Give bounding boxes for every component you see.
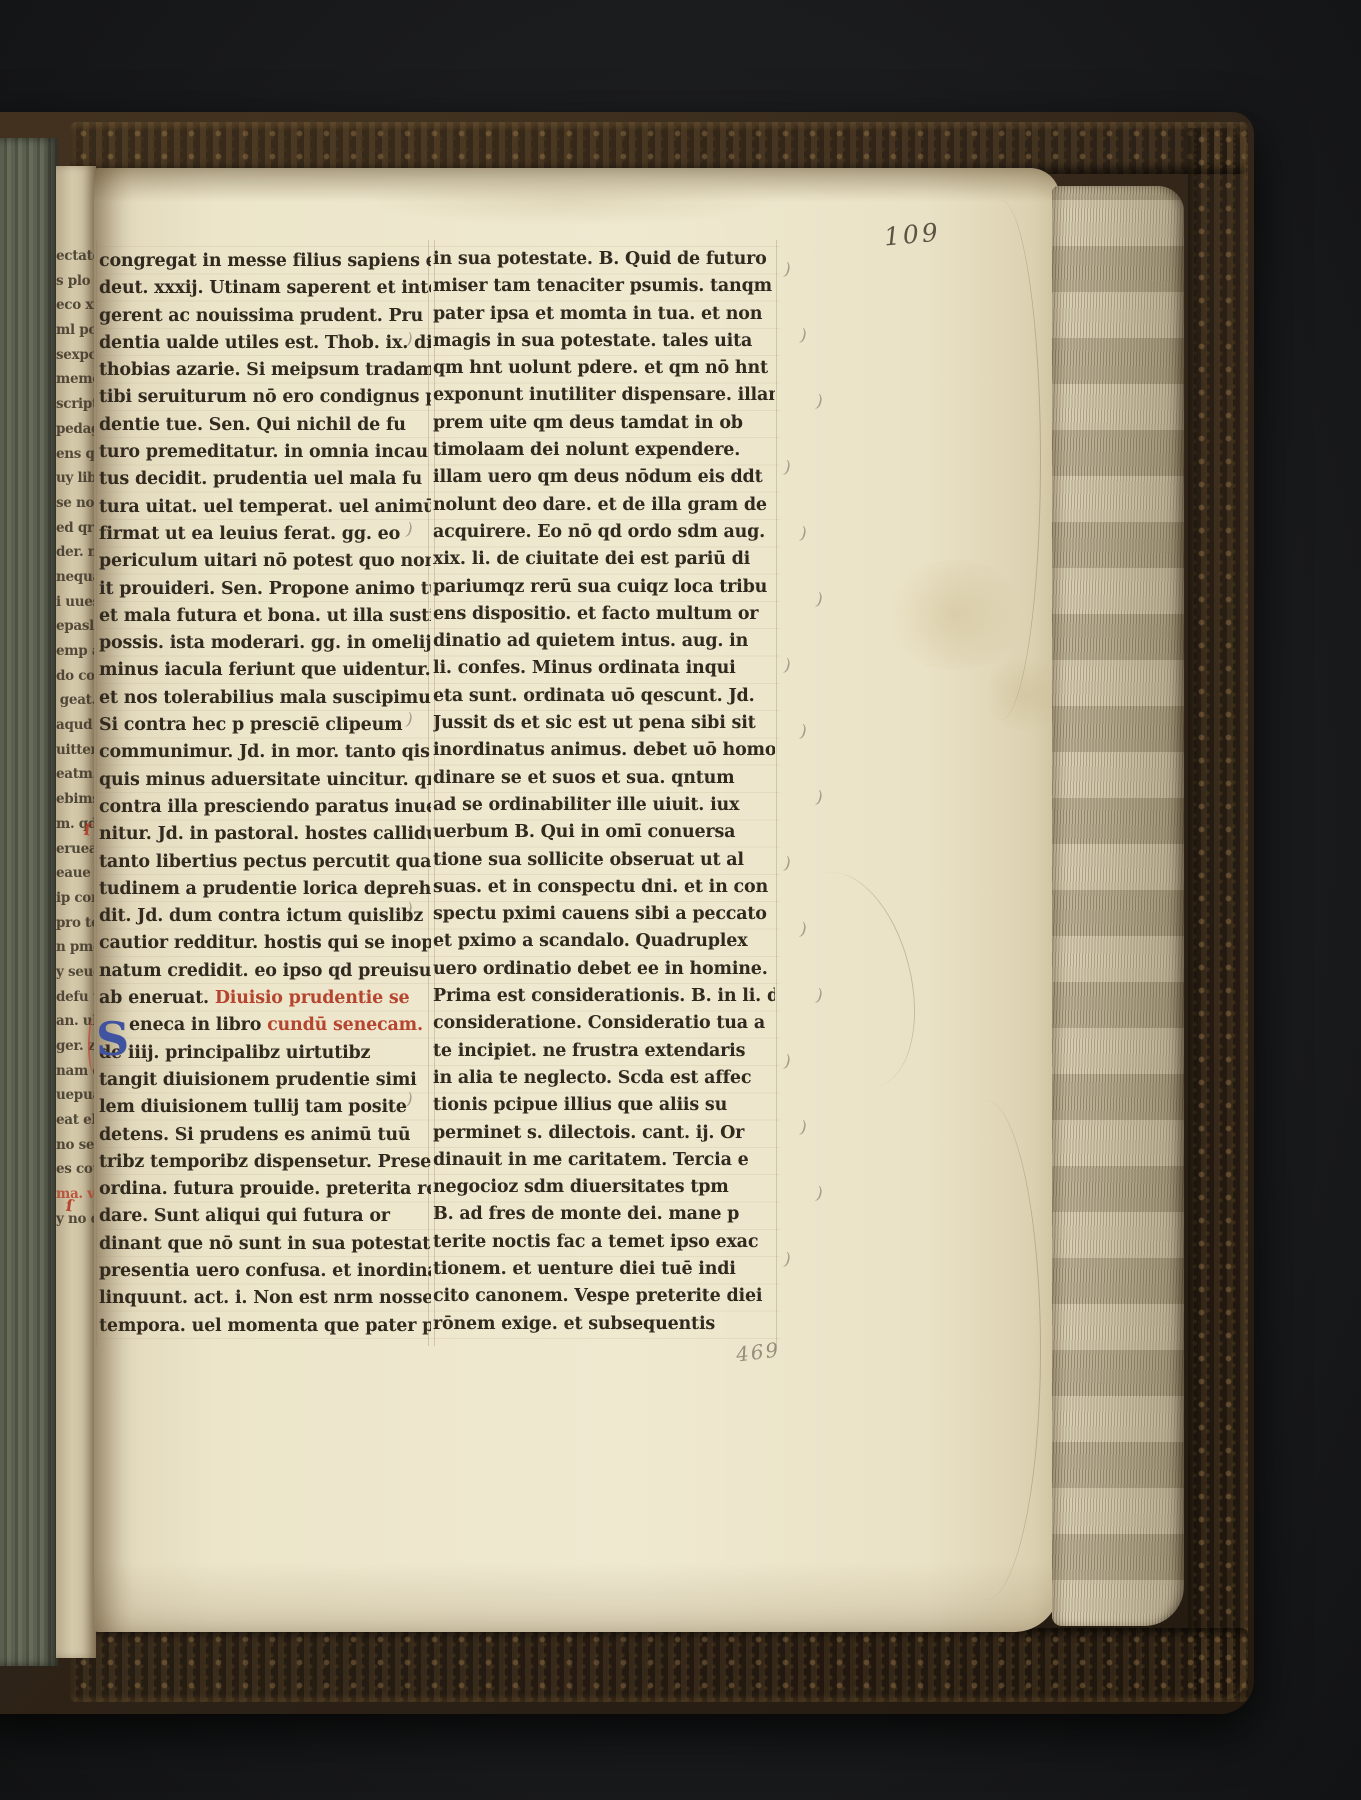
text-line: pariumqz rerū sua cuiqz loca tribu [433,574,775,601]
clipped-text-fragment: eaue uo [56,861,96,886]
text-line: eneca in libro cundū senecam. [99,1012,431,1039]
text-line: qm hnt uolunt pdere. et qm nō hnt [433,355,775,382]
clipped-text-fragment: n pmo [56,935,96,960]
rubric-text: Diuisio prudentie se [215,988,410,1008]
tooled-leather-bottom-border [70,1628,1248,1702]
text-line: et mala futura et bona. ut illa sustiner… [99,603,431,630]
text-segment: ab eneruat. [99,988,215,1008]
folio-number: 109 [883,218,942,252]
clipped-text-fragment: y no q [56,1207,96,1232]
text-column-right: in sua potestate. B. Quid de futuromiser… [433,246,775,1344]
text-line: cito canonem. Vespe preterite diei [433,1283,775,1310]
text-line: cautior redditur. hostis qui se inopi [99,930,431,957]
clipped-text-fragment: uepua [56,1083,96,1108]
text-line: B. ad fres de monte dei. mane p [433,1201,775,1228]
text-line: dit. Jd. dum contra ictum quislibz [99,903,431,930]
text-line: firmat ut ea leuius ferat. gg. eo [99,521,431,548]
clipped-text-fragment: ip confu [56,886,96,911]
text-line: tionem. et uenture diei tuē indi [433,1256,775,1283]
text-line: Prima est considerationis. B. in li. de [433,983,775,1010]
text-line: communimur. Jd. in mor. tanto qis [99,739,431,766]
text-line: exponunt inutiliter dispensare. illam [433,382,775,409]
text-line: tempora. uel momenta que pater posuit [99,1313,431,1340]
tooled-leather-top-border [70,122,1248,174]
text-line: li. confes. Minus ordinata inqui [433,655,775,682]
clipped-text-fragment: der. m [56,540,96,565]
clipped-text-fragment: ma. vy [56,1182,96,1207]
clipped-text-fragment: es cou [56,1157,96,1182]
text-line: detens. Si prudens es animū tuū [99,1122,431,1149]
text-line: pater ipsa et momta in tua. et non [433,301,775,328]
text-line: te incipiet. ne frustra extendaris [433,1038,775,1065]
text-line: tudinem a prudentie lorica deprehen [99,876,431,903]
text-line: presentia uero confusa. et inordinata re [99,1258,431,1285]
decorated-initial: S [96,1016,129,1062]
text-line: inordinatus animus. debet uō homo or [433,737,775,764]
page-crease [960,200,1041,720]
text-line: ab eneruat. Diuisio prudentie se [99,985,431,1012]
text-line: possis. ista moderari. gg. in omelijs. [99,630,431,657]
text-line: terite noctis fac a temet ipso exac [433,1229,775,1256]
tooled-leather-right-border [1188,128,1248,1700]
text-line: dinant que nō sunt in sua potestate [99,1231,431,1258]
clipped-text-fragment: ml ponit [56,318,96,343]
text-line: eta sunt. ordinata uō qescunt. Jd. [433,683,775,710]
text-line: contra illa presciendo paratus inue [99,794,431,821]
clipped-text-fragment: memoni [56,367,96,392]
text-line: deut. xxxij. Utinam saperent et intelli [99,275,431,302]
clipped-text-fragment: uittendi [56,738,96,763]
text-line: tribz temporibz dispensetur. Presentia [99,1149,431,1176]
clipped-text-fragment: sexpo si [56,343,96,368]
text-line: de iiij. principalibz uirtutibz [99,1040,431,1067]
text-line: dare. Sunt aliqui qui futura or [99,1203,431,1230]
clipped-text-fragment: ed qrtm [56,516,96,541]
manuscript-photo: ectates.s plo meco xxxtml ponitsexpo sim… [0,0,1361,1800]
text-line: Si contra hec p presciē clipeum [99,712,431,739]
text-line: dinare se et suos et sua. qntum [433,765,775,792]
text-line: in sua potestate. B. Quid de futuro [433,246,775,273]
text-line: spectu pximi cauens sibi a peccato [433,901,775,928]
text-line: it prouideri. Sen. Propone animo tuo [99,576,431,603]
clipped-text-fragment: pro tom [56,911,96,936]
text-line: tura uitat. uel temperat. uel animū [99,494,431,521]
text-line: timolaam dei nolunt expendere. [433,437,775,464]
text-line: perminet s. dilectois. cant. ij. Or [433,1120,775,1147]
text-line: tanto libertius pectus percutit quanto [99,849,431,876]
text-line: dentie tue. Sen. Qui nichil de fu [99,412,431,439]
clipped-text-fragment: s plo m [56,269,96,294]
text-line: et nos tolerabilius mala suscipimus. [99,685,431,712]
clipped-text-fragment: do cond [56,664,96,689]
rubric-text: cundū senecam. [267,1015,423,1035]
clipped-text-fragment: eat ele [56,1108,96,1133]
clipped-text-fragment: ens quam [56,442,96,467]
ruling-vertical [776,240,777,1346]
text-line: dinauit in me caritatem. Tercia e [433,1147,775,1174]
text-line: prem uite qm deus tamdat in ob [433,410,775,437]
clipped-text-fragment: ebims eo [56,787,96,812]
text-line: lem diuisionem tullij tam posite [99,1094,431,1121]
clipped-text-fragment: nequa d [56,565,96,590]
text-segment: eneca in libro [129,1015,267,1035]
previous-page-sliver: ectates.s plo meco xxxtml ponitsexpo sim… [56,166,96,1658]
clipped-text-fragment: eatm. z [56,762,96,787]
clipped-text-fragment: no seph [56,1133,96,1158]
text-line: negocioz sdm diuersitates tpm [433,1174,775,1201]
fore-edge-page-stack [1052,186,1184,1626]
text-line: tus decidit. prudentia uel mala fu [99,466,431,493]
clipped-text-fragment: pedagogi [56,417,96,442]
previous-page-fragments: ectates.s plo meco xxxtml ponitsexpo sim… [56,166,96,1232]
text-line: tangit diuisionem prudentie simi [99,1067,431,1094]
text-line: xix. li. de ciuitate dei est pariū di [433,546,775,573]
text-line: dentia ualde utiles est. Thob. ix. dicit [99,330,431,357]
text-line: acquirere. Eo nō qd ordo sdm aug. [433,519,775,546]
text-line: ens dispositio. et facto multum or [433,601,775,628]
text-line: uero ordinatio debet ee in homine. [433,956,775,983]
text-line: consideratione. Consideratio tua a [433,1010,775,1037]
text-line: ad se ordinabiliter ille uiuit. iux [433,792,775,819]
text-line: suas. et in conspectu dni. et in con [433,874,775,901]
text-column-left: congregat in messe filius sapiens est.de… [99,248,431,1346]
text-line: tionis pcipue illius que aliis su [433,1092,775,1119]
clipped-text-fragment: epasla d [56,614,96,639]
clipped-text-fragment: y seueds [56,960,96,985]
clipped-text-fragment: aqud m [56,713,96,738]
text-line: ordina. futura prouide. preterita recor [99,1176,431,1203]
clipped-text-fragment: se no po [56,491,96,516]
text-line: congregat in messe filius sapiens est. [99,248,431,275]
clipped-text-fragment: ectates. [56,244,96,269]
text-line: magis in sua potestate. tales uita [433,328,775,355]
cloth-spine-edge [0,138,58,1666]
text-line: et pximo a scandalo. Quadruplex [433,928,775,955]
text-line: Jussit ds et sic est ut pena sibi sit [433,710,775,737]
text-line: minus iacula feriunt que uidentur. [99,657,431,684]
text-line: illam uero qm deus nōdum eis ddt [433,464,775,491]
ruling-vertical [96,240,97,1346]
text-line: nitur. Jd. in pastoral. hostes callidus [99,821,431,848]
initial-penwork-flourish [88,1018,98,1072]
text-line: periculum uitari nō potest quo non potu [99,548,431,575]
clipped-text-fragment: uy libro [56,466,96,491]
text-line: gerent ac nouissima prudent. Pru [99,303,431,330]
text-line: linquunt. act. i. Non est nrm nosse [99,1285,431,1312]
text-line: in alia te neglecto. Scda est affec [433,1065,775,1092]
clipped-text-fragment: emp alln [56,639,96,664]
clipped-text-fragment: i uuesa [56,590,96,615]
text-line: quis minus aduersitate uincitur. qm [99,767,431,794]
text-line: tione sua sollicite obseruat ut al [433,847,775,874]
text-line: tibi seruiturum nō ero condignus pui [99,384,431,411]
clipped-text-fragment: defu uo [56,985,96,1010]
page-crease [930,1100,1041,1600]
text-line: uerbum B. Qui in omī conuersa [433,819,775,846]
text-line: natum credidit. eo ipso qd preuisus [99,958,431,985]
text-line: nolunt deo dare. et de illa gram de [433,492,775,519]
text-line: thobias azarie. Si meipsum tradam [99,357,431,384]
clipped-text-fragment: erueat [56,837,96,862]
clipped-text-fragment: scriptu [56,392,96,417]
clipped-text-fragment: geat. [56,688,96,713]
clipped-text-fragment: eco xxxt [56,293,96,318]
text-line: miser tam tenaciter psumis. tanqm [433,273,775,300]
text-line: rōnem exige. et subsequentis [433,1311,775,1338]
text-line: dinatio ad quietem intus. aug. in [433,628,775,655]
text-line: turo premeditatur. in omnia incau [99,439,431,466]
